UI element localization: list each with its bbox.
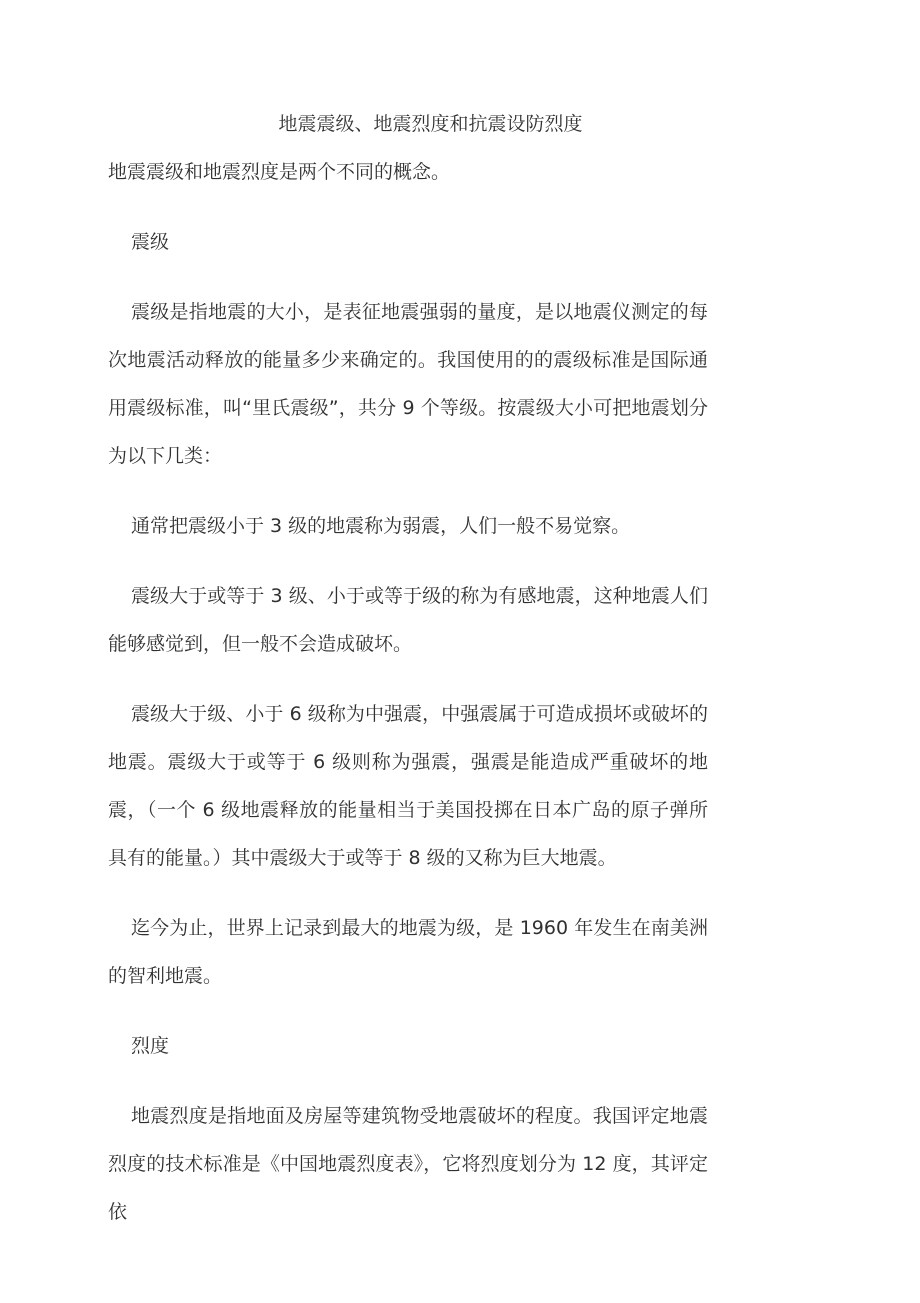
document-page: 地震震级、地震烈度和抗震设防烈度 地震震级和地震烈度是两个不同的概念。 震级 震… — [0, 0, 920, 1303]
magnitude-paragraph-weak-quake: 通常把震级小于 3 级的地震称为弱震，人们一般不易觉察。 — [108, 502, 708, 550]
magnitude-paragraph-definition: 震级是指地震的大小，是表征地震强弱的量度，是以地震仪测定的每次地震活动释放的能量… — [108, 288, 708, 480]
intro-paragraph: 地震震级和地震烈度是两个不同的概念。 — [108, 148, 708, 196]
intensity-paragraph-definition: 地震烈度是指地面及房屋等建筑物受地震破坏的程度。我国评定地震烈度的技术标准是《中… — [108, 1092, 708, 1236]
document-title: 地震震级、地震烈度和抗震设防烈度 — [108, 100, 708, 148]
magnitude-paragraph-strong-quake: 震级大于级、小于 6 级称为中强震，中强震属于可造成损坏或破坏的地震。震级大于或… — [108, 690, 708, 882]
section-heading-intensity: 烈度 — [108, 1022, 708, 1070]
section-heading-magnitude: 震级 — [108, 218, 708, 266]
magnitude-paragraph-felt-quake: 震级大于或等于 3 级、小于或等于级的称为有感地震，这种地震人们能够感觉到，但一… — [108, 572, 708, 668]
document-content: 地震震级、地震烈度和抗震设防烈度 地震震级和地震烈度是两个不同的概念。 震级 震… — [108, 100, 708, 1236]
magnitude-paragraph-largest-quake: 迄今为止，世界上记录到最大的地震为级，是 1960 年发生在南美洲的智利地震。 — [108, 904, 708, 1000]
